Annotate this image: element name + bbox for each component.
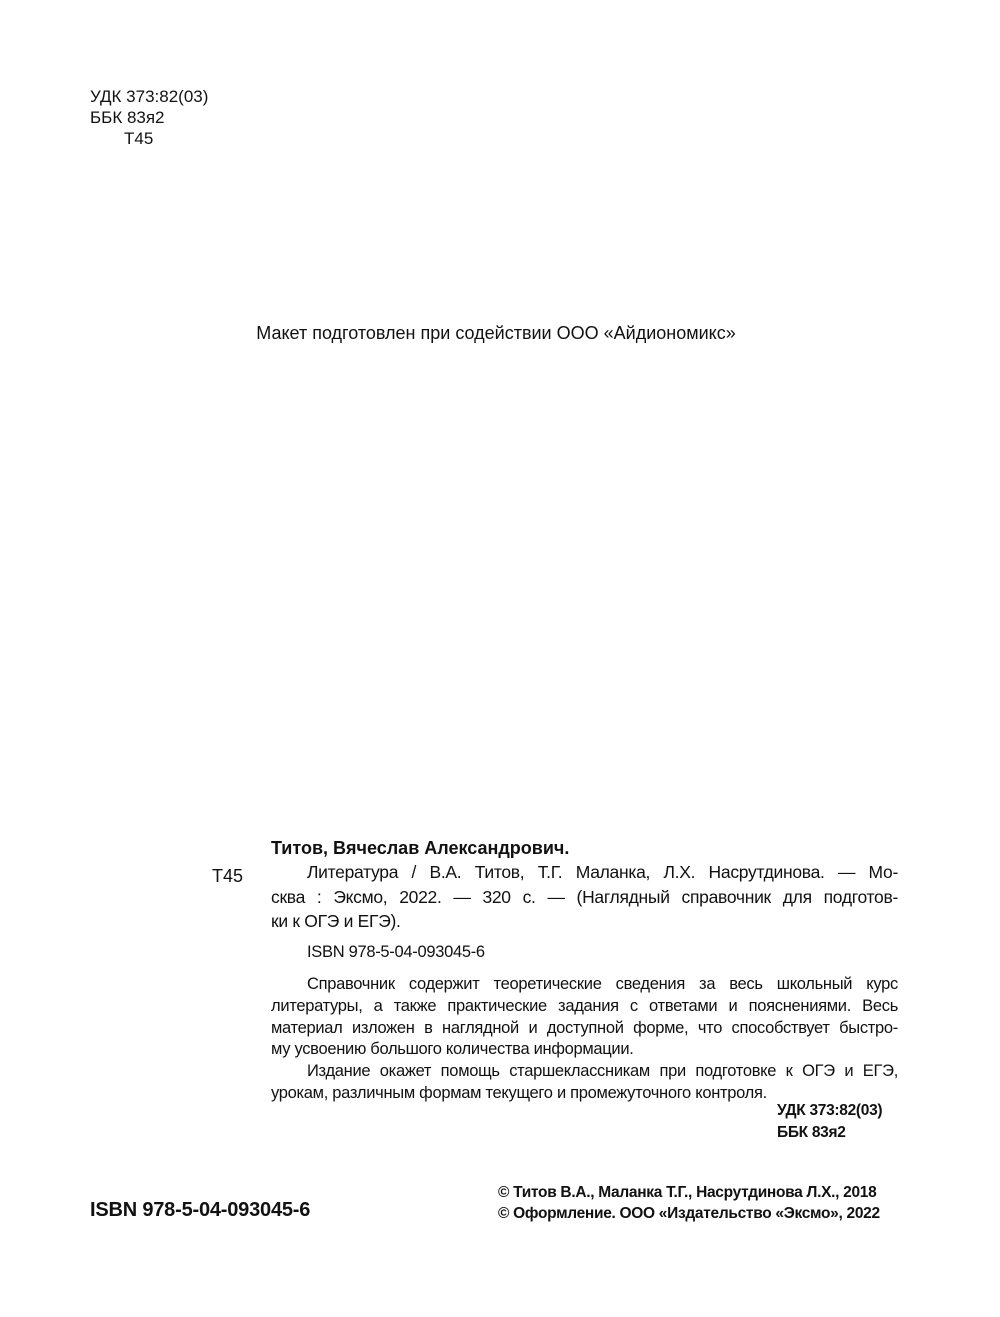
bib-line: Литература / В.А. Титов, Т.Г. Маланка, Л… <box>271 860 898 885</box>
bib-line: ки к ОГЭ и ЕГЭ). <box>271 909 898 934</box>
layout-credit-text: Макет подготовлен при содействии ООО «Ай… <box>256 323 735 344</box>
bbk-code: ББК 83я2 <box>90 107 208 128</box>
author-sign: Т45 <box>90 128 208 149</box>
annotation: Справочник содержит теоретические сведен… <box>271 974 898 1105</box>
catalog-isbn: ISBN 978-5-04-093045-6 <box>307 943 485 962</box>
udk-code: УДК 373:82(03) <box>90 86 208 107</box>
annotation-line: Издание окажет помощь старшеклассникам п… <box>271 1061 898 1083</box>
classification-block-top: УДК 373:82(03) ББК 83я2 Т45 <box>90 86 208 149</box>
card-bbk-code: ББК 83я2 <box>777 1122 882 1144</box>
bibliographic-description: Литература / В.А. Титов, Т.Г. Маланка, Л… <box>271 860 898 934</box>
layout-credit: Макет подготовлен при содействии ООО «Ай… <box>0 323 1000 344</box>
annotation-line: материал изложен в наглядной и доступной… <box>271 1018 898 1040</box>
annotation-line: Справочник содержит теоретические сведен… <box>271 974 898 996</box>
copyright-block: © Титов В.А., Маланка Т.Г., Насрутдинова… <box>498 1182 880 1224</box>
annotation-line: литературы, а также практические задания… <box>271 996 898 1018</box>
card-udk-code: УДК 373:82(03) <box>777 1100 882 1122</box>
copyright-line: © Оформление. ООО «Издательство «Эксмо»,… <box>498 1203 880 1224</box>
bib-line: сква : Эксмо, 2022. — 320 с. — (Наглядны… <box>271 885 898 910</box>
footer-isbn: ISBN 978-5-04-093045-6 <box>90 1199 310 1222</box>
annotation-line: му усвоению большого количества информац… <box>271 1039 898 1061</box>
classification-block-card: УДК 373:82(03) ББК 83я2 <box>777 1100 882 1144</box>
copyright-line: © Титов В.А., Маланка Т.Г., Насрутдинова… <box>498 1182 880 1203</box>
catalog-author-sign: Т45 <box>212 866 243 887</box>
author-heading: Титов, Вячеслав Александрович. <box>271 838 569 859</box>
